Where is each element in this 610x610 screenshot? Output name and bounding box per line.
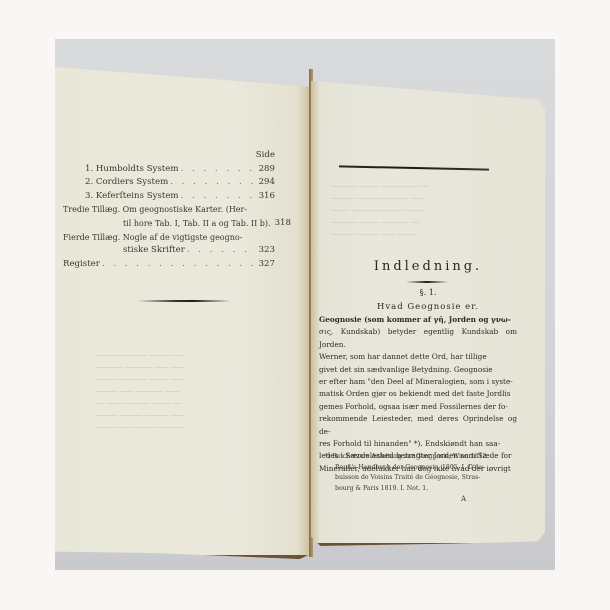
footnote: *) Reichetzers Anleitung zur Geognosie, … <box>325 452 515 494</box>
page-column-header: Side <box>63 149 275 163</box>
table-of-contents: Side 1. Humboldts System. . . . . . . . … <box>63 149 275 271</box>
toc-entry: 2. Cordiers System. . . . . . . . . . .2… <box>63 176 275 190</box>
book-photo: ─────── ──── ───── ──────── ────── ─── ─… <box>55 39 555 570</box>
ornamental-rule <box>406 281 448 283</box>
section-number: §. 1. <box>311 288 545 297</box>
toc-entry: 1. Humboldts System. . . . . . . . . . .… <box>63 163 275 177</box>
toc-entry: stiske Skrifter. . . . . . . . . .323 <box>63 244 275 258</box>
right-page: ────── ──── ──────── ─────── ────── ────… <box>311 81 545 546</box>
toc-entry: 3. Keferſteins System. . . . . . . . . .… <box>63 190 275 204</box>
section-title: Hvad Geognosie er. <box>311 302 545 312</box>
signature-mark: A <box>461 495 466 503</box>
show-through-text: ────── ──── ──────── ─────── ────── ────… <box>331 181 521 241</box>
toc-entry: Fierde Tillæg. Nogle af de vigtigste geo… <box>63 231 275 245</box>
show-through-text: ─────── ──── ───── ──────── ────── ─── ─… <box>95 350 275 434</box>
top-rule <box>339 165 489 170</box>
toc-entry: Register. . . . . . . . . . . . . .327 <box>63 258 275 272</box>
ornamental-rule <box>137 300 231 302</box>
toc-entry: til hore Tab. I, Tab. II a og Tab. II b)… <box>63 217 275 231</box>
toc-entry: Tredie Tillæg. Om geognostiske Karter. (… <box>63 203 275 217</box>
left-page: ─────── ──── ───── ──────── ────── ─── ─… <box>55 67 310 559</box>
chapter-heading: Indledning. <box>311 259 545 274</box>
